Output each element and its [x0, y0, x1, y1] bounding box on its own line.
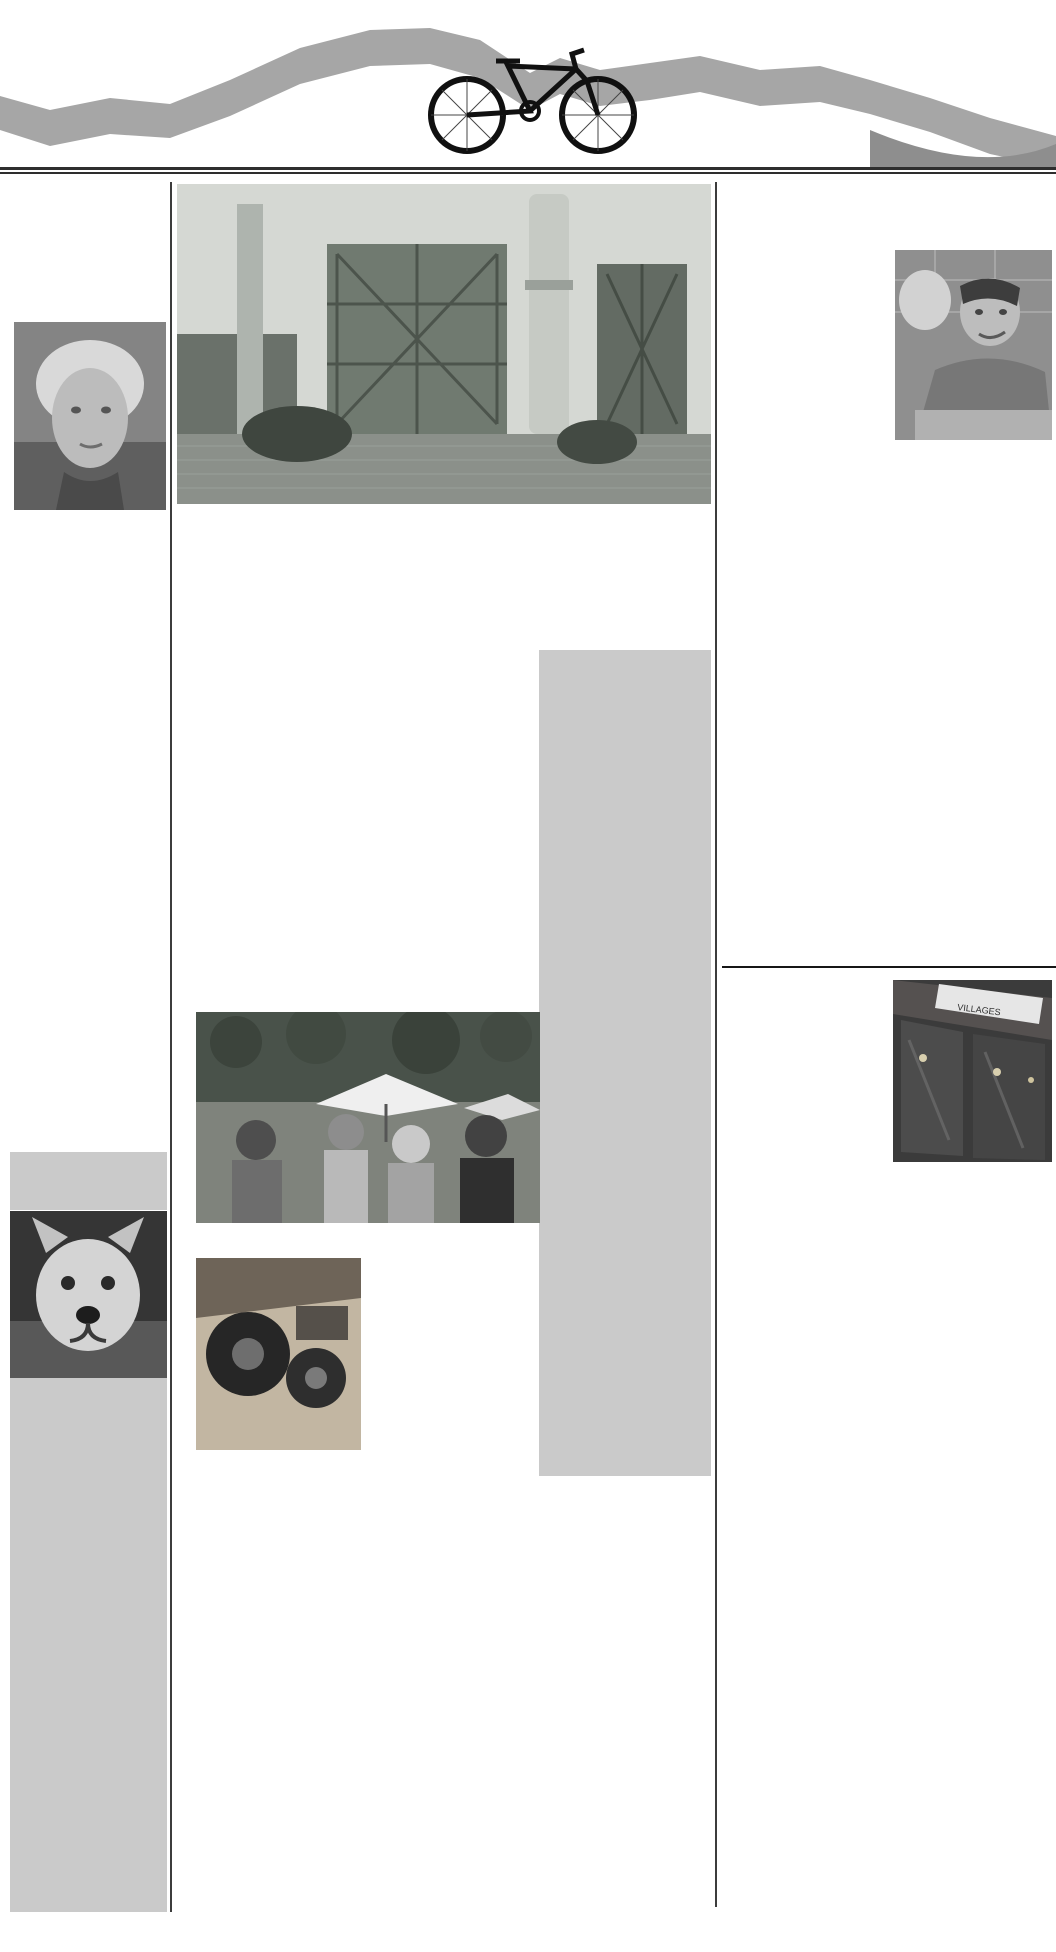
bicycle-icon	[426, 36, 640, 156]
marine-col2	[891, 461, 1054, 807]
imposters-body	[546, 659, 704, 1299]
missing-woman-body	[12, 545, 168, 1149]
joshua-martinez-photo	[895, 250, 1052, 440]
glenarm-power-plant-photo	[177, 184, 711, 504]
jpl-calendar-body	[196, 1718, 544, 1906]
holden-block-party-photo	[196, 1012, 540, 1223]
pet-of-week-body	[10, 1378, 167, 1912]
column-rule-left	[170, 182, 172, 1912]
missing-woman-photo	[14, 322, 166, 510]
imposters-sidebar	[539, 650, 711, 1476]
page-footer	[8, 1920, 1052, 1935]
header-rule-2	[0, 172, 1056, 174]
marine-col1	[723, 252, 884, 808]
section-rule	[722, 966, 1056, 968]
header-rule	[0, 167, 1056, 170]
ten-thousand-villages-photo: VILLAGES	[893, 980, 1052, 1162]
jpl-wheels-photo	[196, 1258, 361, 1450]
library-body	[722, 822, 1056, 962]
pet-of-week-photo	[10, 1211, 167, 1378]
rose-bowl-col2	[891, 1400, 1054, 1906]
holden-body	[196, 1254, 540, 1684]
rose-bowl-col1	[723, 1404, 884, 1906]
pet-of-week-heading	[10, 1152, 167, 1210]
ten-thousand-col1	[722, 1078, 888, 1334]
newspaper-page: VILLAGES	[0, 0, 1056, 1952]
column-rule-right	[715, 182, 717, 1907]
aloha-body	[541, 1550, 709, 1906]
ten-thousand-col2	[891, 1172, 1054, 1332]
